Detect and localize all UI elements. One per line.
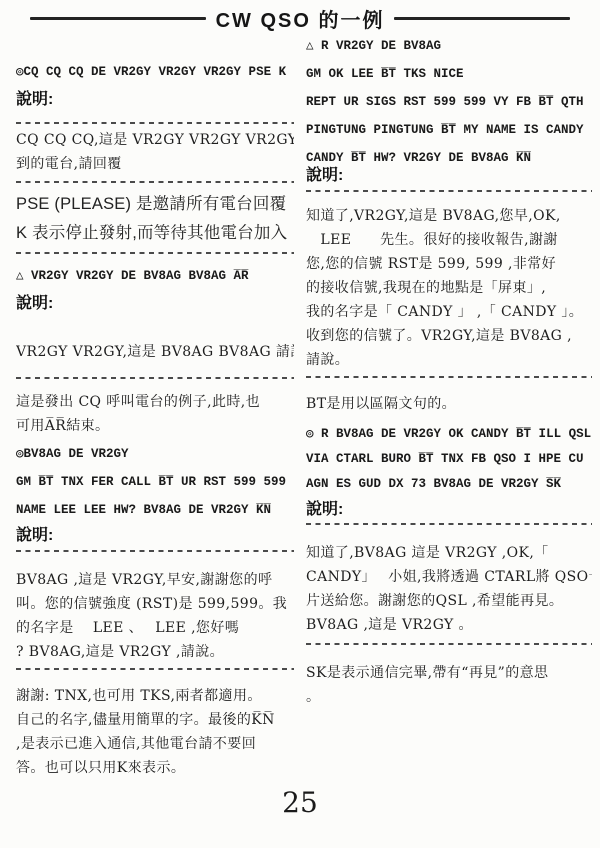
cw-code-line: VIA CTARL BURO B̅T̅ TNX FB QSO I HPE CU [306,447,592,472]
cw-code-line: △ R VR2GY DE BV8AG [306,32,592,60]
dashed-separator [16,252,294,254]
explain-label: 說明: [16,524,294,548]
body-line: 的接收信號,我現在的地點是「屏東」, [306,276,592,300]
dashed-separator [16,122,294,124]
pse-note-line: K 表示停止發射,而等待其他電台加入 [16,219,294,248]
body-line: 知道了,BV8AG 這是 VR2GY ,OK,「 [306,541,592,565]
cw-code-line: NAME LEE LEE HW? BV8AG DE VR2GY K̅N̅ [16,496,294,524]
body-line: 知道了,VR2GY,這是 BV8AG,您早,OK, [306,204,592,228]
dashed-separator [306,523,592,525]
left-column: ◎CQ CQ CQ DE VR2GY VR2GY VR2GY PSE K 說明:… [16,30,294,780]
body-line: BV8AG ,這是 VR2GY 。 [306,613,592,637]
explanation-paragraph: 知道了,BV8AG 這是 VR2GY ,OK,「 CANDY」 小姐,我將透過 … [306,541,592,637]
dashed-separator [306,643,592,645]
cw-code-block-reply-call: △ VR2GY VR2GY DE BV8AG BV8AG A̅R̅ [16,262,294,290]
explanation-paragraph: BV8AG ,這是 VR2GY,早安,謝謝您的呼 叫。您的信號強度 (RST)是… [16,568,294,664]
body-line: 到的電台,請回覆 [16,152,294,176]
body-line: CQ CQ CQ,這是 VR2GY VR2GY VR2GY,已收 [16,128,294,152]
page-number: 25 [0,786,600,819]
body-line: 謝謝: TNX,也可用 TKS,兩者都適用。 [16,684,294,708]
body-line: 這是發出 CQ 呼叫電台的例子,此時,也 [16,390,294,414]
dashed-separator [306,190,592,192]
cw-code-line: GM B̅T̅ TNX FER CALL B̅T̅ UR RST 599 599 [16,468,294,496]
explanation-paragraph: 知道了,VR2GY,這是 BV8AG,您早,OK, LEE 先生。很好的接收報告… [306,204,592,372]
cw-code-block-rst-exchange: ◎BV8AG DE VR2GY GM B̅T̅ TNX FER CALL B̅T… [16,440,294,524]
right-column: △ R VR2GY DE BV8AG GM OK LEE B̅T̅ TKS NI… [306,30,592,709]
body-line: 收到您的信號了。VR2GY,這是 BV8AG , [306,324,592,348]
cw-code-block-cq-call: ◎CQ CQ CQ DE VR2GY VR2GY VR2GY PSE K [16,58,294,86]
explain-label: 說明: [306,499,592,521]
cw-code-block-qsl-farewell: ◎ R BV8AG DE VR2GY OK CANDY B̅T̅ ILL QSL… [306,422,592,497]
explanation-paragraph: CQ CQ CQ,這是 VR2GY VR2GY VR2GY,已收 到的電台,請回… [16,128,294,176]
explanation-paragraph: 這是發出 CQ 呼叫電台的例子,此時,也 可用A̅R̅結束。 [16,390,294,438]
cw-code-line: PINGTUNG PINGTUNG B̅T̅ MY NAME IS CANDY [306,116,592,144]
body-line: ? BV8AG,這是 VR2GY ,請說。 [16,640,294,664]
body-line: LEE 先生。很好的接收報告,謝謝 [306,228,592,252]
body-line: 。 [306,685,592,709]
document-page: CW QSO 的一例 ◎CQ CQ CQ DE VR2GY VR2GY VR2G… [0,0,600,848]
body-line: 您,您的信號 RST是 599, 599 ,非常好 [306,252,592,276]
cw-code-line: REPT UR SIGS RST 599 599 VY FB B̅T̅ QTH [306,88,592,116]
cw-code-block-candy-reply: △ R VR2GY DE BV8AG GM OK LEE B̅T̅ TKS NI… [306,32,592,172]
body-line: 答。也可以只用K來表示。 [16,756,294,780]
dashed-separator [16,377,294,379]
dashed-separator [16,181,294,183]
page-header: CW QSO 的一例 [0,4,600,33]
cw-code-line: ◎ R BV8AG DE VR2GY OK CANDY B̅T̅ ILL QSL [306,422,592,447]
explain-label: 說明: [16,88,294,112]
explain-label: 說明: [16,292,294,316]
page-title: CW QSO 的一例 [216,4,385,33]
cw-code-line: GM OK LEE B̅T̅ TKS NICE [306,60,592,88]
dashed-separator [306,376,592,378]
dashed-separator [16,668,294,670]
body-line: 片送給您。謝謝您的QSL ,希望能再見。 [306,589,592,613]
body-line: 可用A̅R̅結束。 [16,414,294,438]
body-line: VR2GY VR2GY,這是 BV8AG BV8AG 請說 [16,340,294,364]
header-rule-right [394,17,570,20]
header-rule-left [30,17,206,20]
body-line: CANDY」 小姐,我將透過 CTARL將 QSO卡 [306,565,592,589]
body-line: BV8AG ,這是 VR2GY,早安,謝謝您的呼 [16,568,294,592]
body-line: ,是表示已進入通信,其他電台請不要回 [16,732,294,756]
body-line: BT是用以區隔文句的。 [306,392,592,416]
body-line: SK是表示通信完畢,帶有“再見”的意思 [306,661,592,685]
explanation-paragraph: 謝謝: TNX,也可用 TKS,兩者都適用。 自己的名字,儘量用簡單的字。最後的… [16,684,294,780]
body-line: 叫。您的信號強度 (RST)是 599,599。我 [16,592,294,616]
cw-code-line: ◎CQ CQ CQ DE VR2GY VR2GY VR2GY PSE K [16,58,294,86]
dashed-separator [16,550,294,552]
cw-code-line: ◎BV8AG DE VR2GY [16,440,294,468]
explanation-paragraph: VR2GY VR2GY,這是 BV8AG BV8AG 請說 [16,340,294,364]
body-line: 的名字是 LEE 、 LEE ,您好嗎 [16,616,294,640]
explanation-paragraph: BT是用以區隔文句的。 [306,392,592,416]
cw-code-line: AGN ES GUD DX 73 BV8AG DE VR2GY S̅K̅ [306,472,592,497]
body-line: 我的名字是「 CANDY 」 ,「 CANDY 」。 [306,300,592,324]
cw-code-line: △ VR2GY VR2GY DE BV8AG BV8AG A̅R̅ [16,262,294,290]
body-line: 自己的名字,儘量用簡單的字。最後的K̅N̅ [16,708,294,732]
pse-note-paragraph: PSE (PLEASE) 是邀請所有電台回覆 K 表示停止發射,而等待其他電台加… [16,190,294,248]
pse-note-line: PSE (PLEASE) 是邀請所有電台回覆 [16,190,294,219]
explanation-paragraph: SK是表示通信完畢,帶有“再見”的意思 。 [306,661,592,709]
body-line: 請說。 [306,348,592,372]
